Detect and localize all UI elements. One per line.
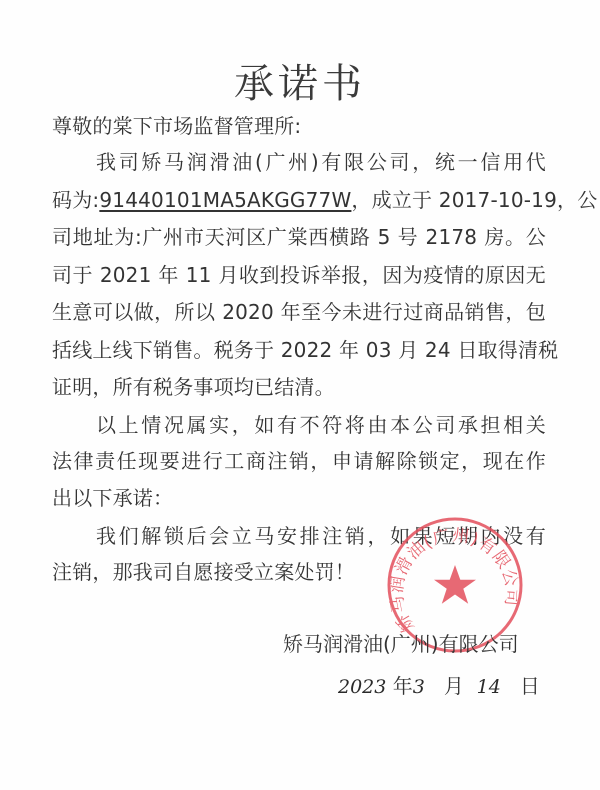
- paragraph-1-line-1: 我司矫马润滑油(广州)有限公司，统一信用代: [96, 149, 546, 175]
- document-page: 承诺书 尊敬的棠下市场监督管理所: 我司矫马润滑油(广州)有限公司，统一信用代 …: [0, 0, 600, 790]
- paragraph-1-line-7: 证明，所有税务事项均已结清。: [52, 374, 546, 400]
- paragraph-1-line-6: 括线上线下销售。税务于 2022 年 03 月 24 日取得清税: [52, 337, 546, 363]
- paragraph-2-line-2: 法律责任现要进行工商注销，申请解除锁定，现在作: [52, 448, 546, 474]
- salutation: 尊敬的棠下市场监督管理所:: [52, 113, 546, 139]
- signature-date: 2023 年3 月 14 日: [338, 670, 540, 699]
- date-year-label: 年: [393, 674, 413, 698]
- date-month: 3: [413, 676, 425, 698]
- star-icon: [434, 565, 476, 604]
- date-year: 2023: [338, 676, 386, 698]
- paragraph-1-line-5: 生意可以做，所以 2020 年至今未进行过商品销售，包: [52, 299, 546, 325]
- date-day: 14: [477, 676, 501, 698]
- paragraph-2-line-1: 以上情况属实，如有不符将由本公司承担相关: [96, 412, 546, 438]
- paragraph-1-line-2: 码为:91440101MA5AKGG77W，成立于 2017-10-19，公: [52, 187, 546, 213]
- credit-code-label: 码为:: [52, 188, 99, 212]
- paragraph-1-line-3: 司地址为:广州市天河区广棠西横路 5 号 2178 房。公: [52, 224, 546, 250]
- date-day-label: 日: [520, 674, 540, 698]
- date-month-label: 月: [444, 674, 464, 698]
- signer-company: 矫马润滑油(广州)有限公司: [283, 628, 519, 657]
- paragraph-1-line-4: 司于 2021 年 11 月收到投诉举报，因为疫情的原因无: [52, 262, 546, 288]
- founding-date-text: ，成立于 2017-10-19，公: [351, 188, 597, 212]
- credit-code: 91440101MA5AKGG77W: [99, 188, 351, 212]
- document-title: 承诺书: [0, 52, 600, 109]
- paragraph-2-line-3: 出以下承诺：: [52, 485, 546, 511]
